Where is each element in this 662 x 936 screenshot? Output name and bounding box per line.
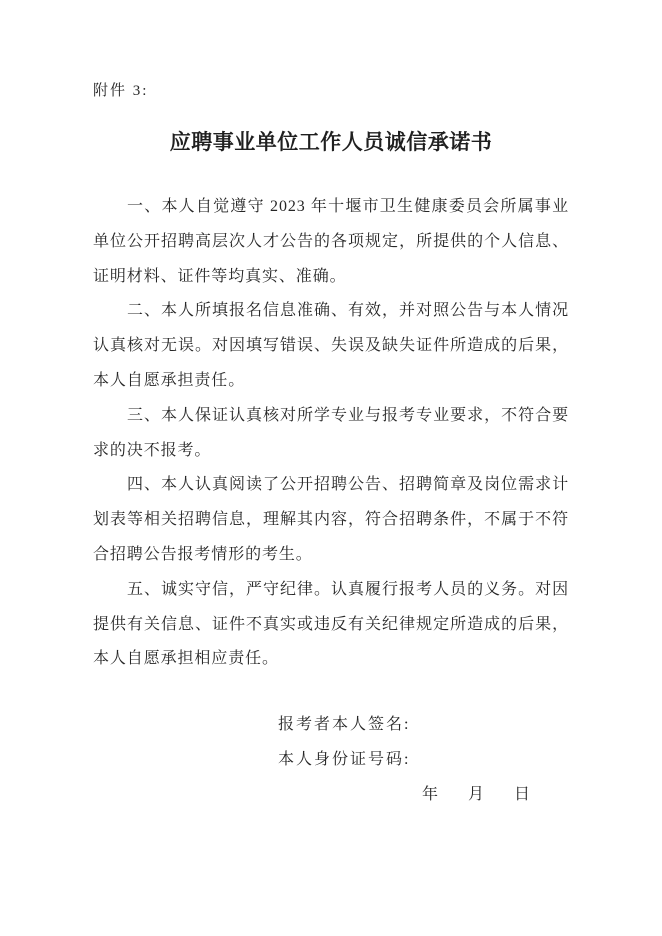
document-page: 附件 3: 应聘事业单位工作人员诚信承诺书 一、本人自觉遵守 2023 年十堰市… — [0, 0, 662, 936]
paragraph-5: 五、诚实守信，严守纪律。认真履行报考人员的义务。对因提供有关信息、证件不真实或违… — [93, 573, 569, 677]
paragraph-3: 三、本人保证认真核对所学专业与报考专业要求，不符合要求的决不报考。 — [93, 399, 569, 469]
document-content: 附件 3: 应聘事业单位工作人员诚信承诺书 一、本人自觉遵守 2023 年十堰市… — [93, 0, 569, 812]
signature-block: 报考者本人签名: 本人身份证号码: 年 月 日 — [278, 707, 569, 812]
date-year-label: 年 — [422, 777, 440, 812]
paragraph-1: 一、本人自觉遵守 2023 年十堰市卫生健康委员会所属事业单位公开招聘高层次人才… — [93, 190, 569, 294]
date-line: 年 月 日 — [278, 777, 569, 812]
date-month-label: 月 — [468, 777, 486, 812]
attachment-label: 附件 3: — [93, 82, 569, 100]
date-day-label: 日 — [514, 777, 532, 812]
signature-id-line: 本人身份证号码: — [278, 742, 569, 777]
paragraph-2: 二、本人所填报名信息准确、有效，并对照公告与本人情况认真核对无误。对因填写错误、… — [93, 294, 569, 398]
document-title: 应聘事业单位工作人员诚信承诺书 — [93, 130, 569, 156]
paragraph-4: 四、本人认真阅读了公开招聘公告、招聘简章及岗位需求计划表等相关招聘信息，理解其内… — [93, 468, 569, 572]
signature-name-line: 报考者本人签名: — [278, 707, 569, 742]
